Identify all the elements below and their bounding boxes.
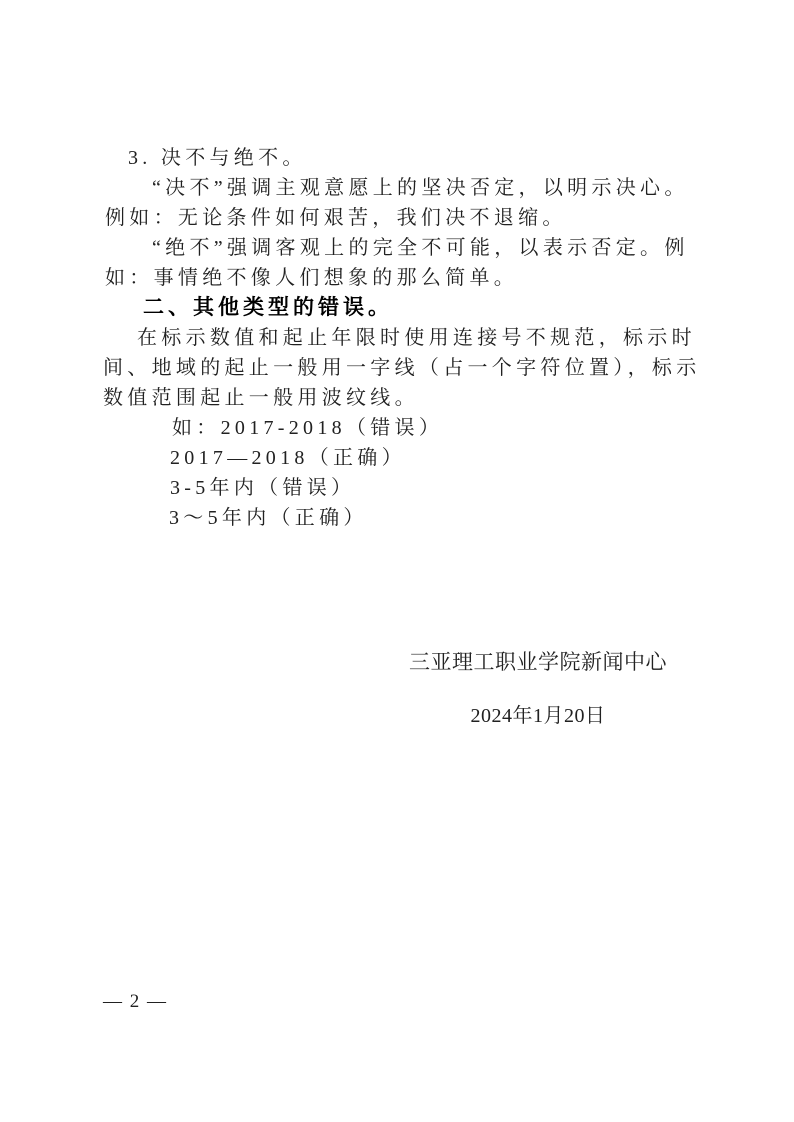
document-line: 如：事情绝不像人们想象的那么简单。 <box>103 263 743 293</box>
document-line: 如：2017-2018（错误） <box>103 413 743 443</box>
document-line: 2017—2018（正确） <box>103 443 743 473</box>
section-heading: 二、其他类型的错误。 <box>103 293 743 323</box>
document-line: 3. 决不与绝不。 <box>103 143 743 173</box>
document-line: “绝不”强调客观上的完全不可能，以表示否定。例 <box>103 233 743 263</box>
page-number: — 2 — <box>103 990 168 1014</box>
signature-date: 2024年1月20日 <box>366 701 710 731</box>
document-line: 间、地域的起止一般用一字线（占一个字符位置），标示 <box>103 353 743 383</box>
document-line: 数值范围起止一般用波纹线。 <box>103 383 743 413</box>
document-line: 3-5年内（错误） <box>103 473 743 503</box>
document-line: 例如：无论条件如何艰苦，我们决不退缩。 <box>103 203 743 233</box>
document-body: 3. 决不与绝不。“决不”强调主观意愿上的坚决否定，以明示决心。例如：无论条件如… <box>103 143 743 533</box>
document-line: “决不”强调主观意愿上的坚决否定，以明示决心。 <box>103 173 743 203</box>
document-line: 在标示数值和起止年限时使用连接号不规范，标示时 <box>103 323 743 353</box>
signature-organization: 三亚理工职业学院新闻中心 <box>366 647 710 677</box>
document-line: 3～5年内（正确） <box>103 503 743 533</box>
document-page: 3. 决不与绝不。“决不”强调主观意愿上的坚决否定，以明示决心。例如：无论条件如… <box>0 0 794 1122</box>
